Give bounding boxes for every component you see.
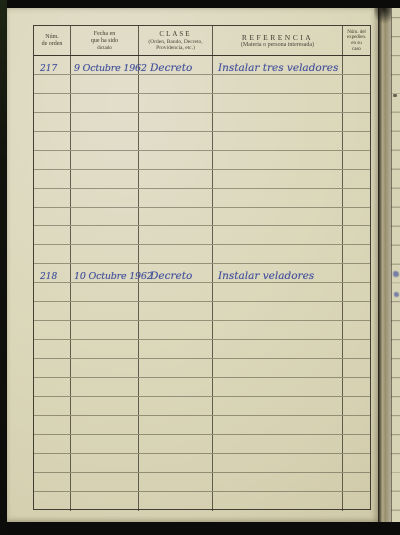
table-row xyxy=(34,302,370,321)
table-cell xyxy=(343,359,370,377)
table-row xyxy=(34,113,370,132)
table-cell xyxy=(34,397,71,415)
table-cell xyxy=(34,56,71,74)
table-cell xyxy=(139,473,213,491)
table-row xyxy=(34,226,370,245)
table-cell xyxy=(139,226,213,244)
table-cell xyxy=(71,113,139,131)
table-row xyxy=(34,435,370,454)
table-cell xyxy=(71,170,139,188)
table-cell xyxy=(71,378,139,396)
table-cell xyxy=(343,397,370,415)
table-cell xyxy=(71,151,139,169)
table-cell xyxy=(34,378,71,396)
table-cell xyxy=(343,56,370,74)
table-row xyxy=(34,170,370,189)
scanned-ledger-sheet: Núm. de orden Fecha en que ha sido dicta… xyxy=(0,0,400,535)
adjacent-page-edge xyxy=(391,8,400,522)
table-cell xyxy=(139,170,213,188)
column-header-referencia-subtitle: (Materia o persona interesada) xyxy=(241,42,314,50)
table-body xyxy=(34,56,370,511)
table-cell xyxy=(343,94,370,112)
table-cell xyxy=(34,283,71,301)
table-cell xyxy=(71,94,139,112)
column-header-referencia: REFERENCIA (Materia o persona interesada… xyxy=(213,26,343,56)
table-cell xyxy=(71,132,139,150)
page-fold-crease xyxy=(378,8,391,522)
table-cell xyxy=(213,454,343,472)
column-header-expediente-line4: caso xyxy=(352,47,361,53)
table-row xyxy=(34,75,370,94)
table-cell xyxy=(34,75,71,93)
table-cell xyxy=(343,340,370,358)
table-cell xyxy=(71,435,139,453)
table-cell xyxy=(213,397,343,415)
table-cell xyxy=(343,416,370,434)
table-header-row: Núm. de orden Fecha en que ha sido dicta… xyxy=(34,26,370,56)
table-cell xyxy=(139,397,213,415)
table-cell xyxy=(213,170,343,188)
table-cell xyxy=(213,94,343,112)
table-cell xyxy=(71,416,139,434)
table-row xyxy=(34,151,370,170)
column-header-fecha-line3: dictado xyxy=(97,46,112,52)
table-cell xyxy=(343,189,370,207)
table-cell xyxy=(213,132,343,150)
table-cell xyxy=(139,94,213,112)
table-cell xyxy=(139,302,213,320)
table-row xyxy=(34,56,370,75)
table-cell xyxy=(34,264,71,282)
table-cell xyxy=(139,454,213,472)
table-cell xyxy=(343,264,370,282)
table-cell xyxy=(343,113,370,131)
table-cell xyxy=(71,75,139,93)
table-cell xyxy=(139,75,213,93)
table-cell xyxy=(213,416,343,434)
column-header-clase: CLASE (Orden, Bando, Decreto, Providenci… xyxy=(139,26,213,56)
table-row xyxy=(34,473,370,492)
table-cell xyxy=(343,321,370,339)
table-cell xyxy=(34,321,71,339)
table-cell xyxy=(213,208,343,226)
table-cell xyxy=(139,208,213,226)
column-header-fecha: Fecha en que ha sido dictado xyxy=(71,26,139,56)
table-cell xyxy=(139,132,213,150)
table-cell xyxy=(34,340,71,358)
table-cell xyxy=(139,378,213,396)
table-cell xyxy=(213,435,343,453)
table-cell xyxy=(139,359,213,377)
table-cell xyxy=(213,245,343,263)
table-row xyxy=(34,492,370,511)
table-cell xyxy=(34,416,71,434)
table-cell xyxy=(71,397,139,415)
column-header-clase-subtitle-line2: Providencia, etc.) xyxy=(156,45,195,52)
table-cell xyxy=(139,435,213,453)
table-cell xyxy=(71,208,139,226)
table-cell xyxy=(213,189,343,207)
table-cell xyxy=(213,321,343,339)
table-row xyxy=(34,264,370,283)
table-cell xyxy=(343,170,370,188)
adjacent-page-ink-fragment-1 xyxy=(393,271,399,277)
table-cell xyxy=(71,492,139,511)
table-cell xyxy=(34,492,71,511)
table-row xyxy=(34,416,370,435)
table-cell xyxy=(343,378,370,396)
ledger-page: Núm. de orden Fecha en que ha sido dicta… xyxy=(7,8,378,522)
table-cell xyxy=(139,416,213,434)
table-row xyxy=(34,208,370,227)
column-header-fecha-line1: Fecha en xyxy=(94,31,116,39)
table-cell xyxy=(139,189,213,207)
table-cell xyxy=(34,302,71,320)
table-row xyxy=(34,94,370,113)
table-cell xyxy=(71,359,139,377)
table-cell xyxy=(213,113,343,131)
table-row xyxy=(34,454,370,473)
table-cell xyxy=(71,283,139,301)
table-row xyxy=(34,378,370,397)
table-cell xyxy=(139,321,213,339)
table-cell xyxy=(34,189,71,207)
adjacent-page-ink-fragment-2 xyxy=(394,292,399,297)
table-cell xyxy=(139,492,213,511)
table-cell xyxy=(71,302,139,320)
table-cell xyxy=(343,302,370,320)
table-cell xyxy=(71,226,139,244)
table-cell xyxy=(71,473,139,491)
table-cell xyxy=(343,245,370,263)
table-row xyxy=(34,283,370,302)
column-header-expediente: Núm. del expedien. en su caso xyxy=(343,26,370,56)
table-cell xyxy=(34,132,71,150)
table-row xyxy=(34,359,370,378)
table-cell xyxy=(139,340,213,358)
table-cell xyxy=(343,208,370,226)
table-cell xyxy=(34,435,71,453)
table-cell xyxy=(34,170,71,188)
table-cell xyxy=(139,113,213,131)
table-cell xyxy=(343,492,370,511)
column-header-referencia-title: REFERENCIA xyxy=(242,33,313,42)
table-cell xyxy=(34,208,71,226)
table-cell xyxy=(71,321,139,339)
table-cell xyxy=(213,378,343,396)
table-cell xyxy=(213,340,343,358)
table-cell xyxy=(34,94,71,112)
table-cell xyxy=(139,151,213,169)
table-cell xyxy=(213,226,343,244)
table-cell xyxy=(343,283,370,301)
table-cell xyxy=(71,56,139,74)
table-cell xyxy=(71,454,139,472)
table-cell xyxy=(343,435,370,453)
column-header-num-line2: de orden xyxy=(42,41,63,49)
table-cell xyxy=(343,151,370,169)
table-cell xyxy=(213,302,343,320)
table-cell xyxy=(34,359,71,377)
table-cell xyxy=(343,473,370,491)
table-cell xyxy=(213,473,343,491)
column-header-num-line1: Núm. xyxy=(45,34,59,42)
registry-table: Núm. de orden Fecha en que ha sido dicta… xyxy=(33,25,371,510)
table-row xyxy=(34,321,370,340)
table-cell xyxy=(213,151,343,169)
table-cell xyxy=(213,283,343,301)
table-cell xyxy=(34,245,71,263)
adjacent-page-print-fragment xyxy=(393,94,397,97)
table-cell xyxy=(71,264,139,282)
table-cell xyxy=(213,492,343,511)
table-cell xyxy=(71,245,139,263)
table-cell xyxy=(34,473,71,491)
table-cell xyxy=(34,226,71,244)
column-header-clase-title: CLASE xyxy=(159,30,191,39)
table-cell xyxy=(343,454,370,472)
table-cell xyxy=(71,189,139,207)
table-cell xyxy=(139,245,213,263)
table-cell xyxy=(34,113,71,131)
column-header-fecha-line2: que ha sido xyxy=(91,38,118,46)
table-cell xyxy=(213,56,343,74)
table-cell xyxy=(139,283,213,301)
table-row xyxy=(34,397,370,416)
column-header-num: Núm. de orden xyxy=(34,26,71,56)
table-cell xyxy=(213,264,343,282)
table-cell xyxy=(213,359,343,377)
table-cell xyxy=(139,56,213,74)
table-row xyxy=(34,132,370,151)
table-cell xyxy=(343,75,370,93)
table-cell xyxy=(343,226,370,244)
table-cell xyxy=(213,75,343,93)
table-row xyxy=(34,189,370,208)
table-cell xyxy=(71,340,139,358)
table-row xyxy=(34,245,370,264)
table-cell xyxy=(34,454,71,472)
table-cell xyxy=(34,151,71,169)
table-cell xyxy=(139,264,213,282)
table-row xyxy=(34,340,370,359)
scan-left-border xyxy=(0,0,7,535)
table-cell xyxy=(343,132,370,150)
